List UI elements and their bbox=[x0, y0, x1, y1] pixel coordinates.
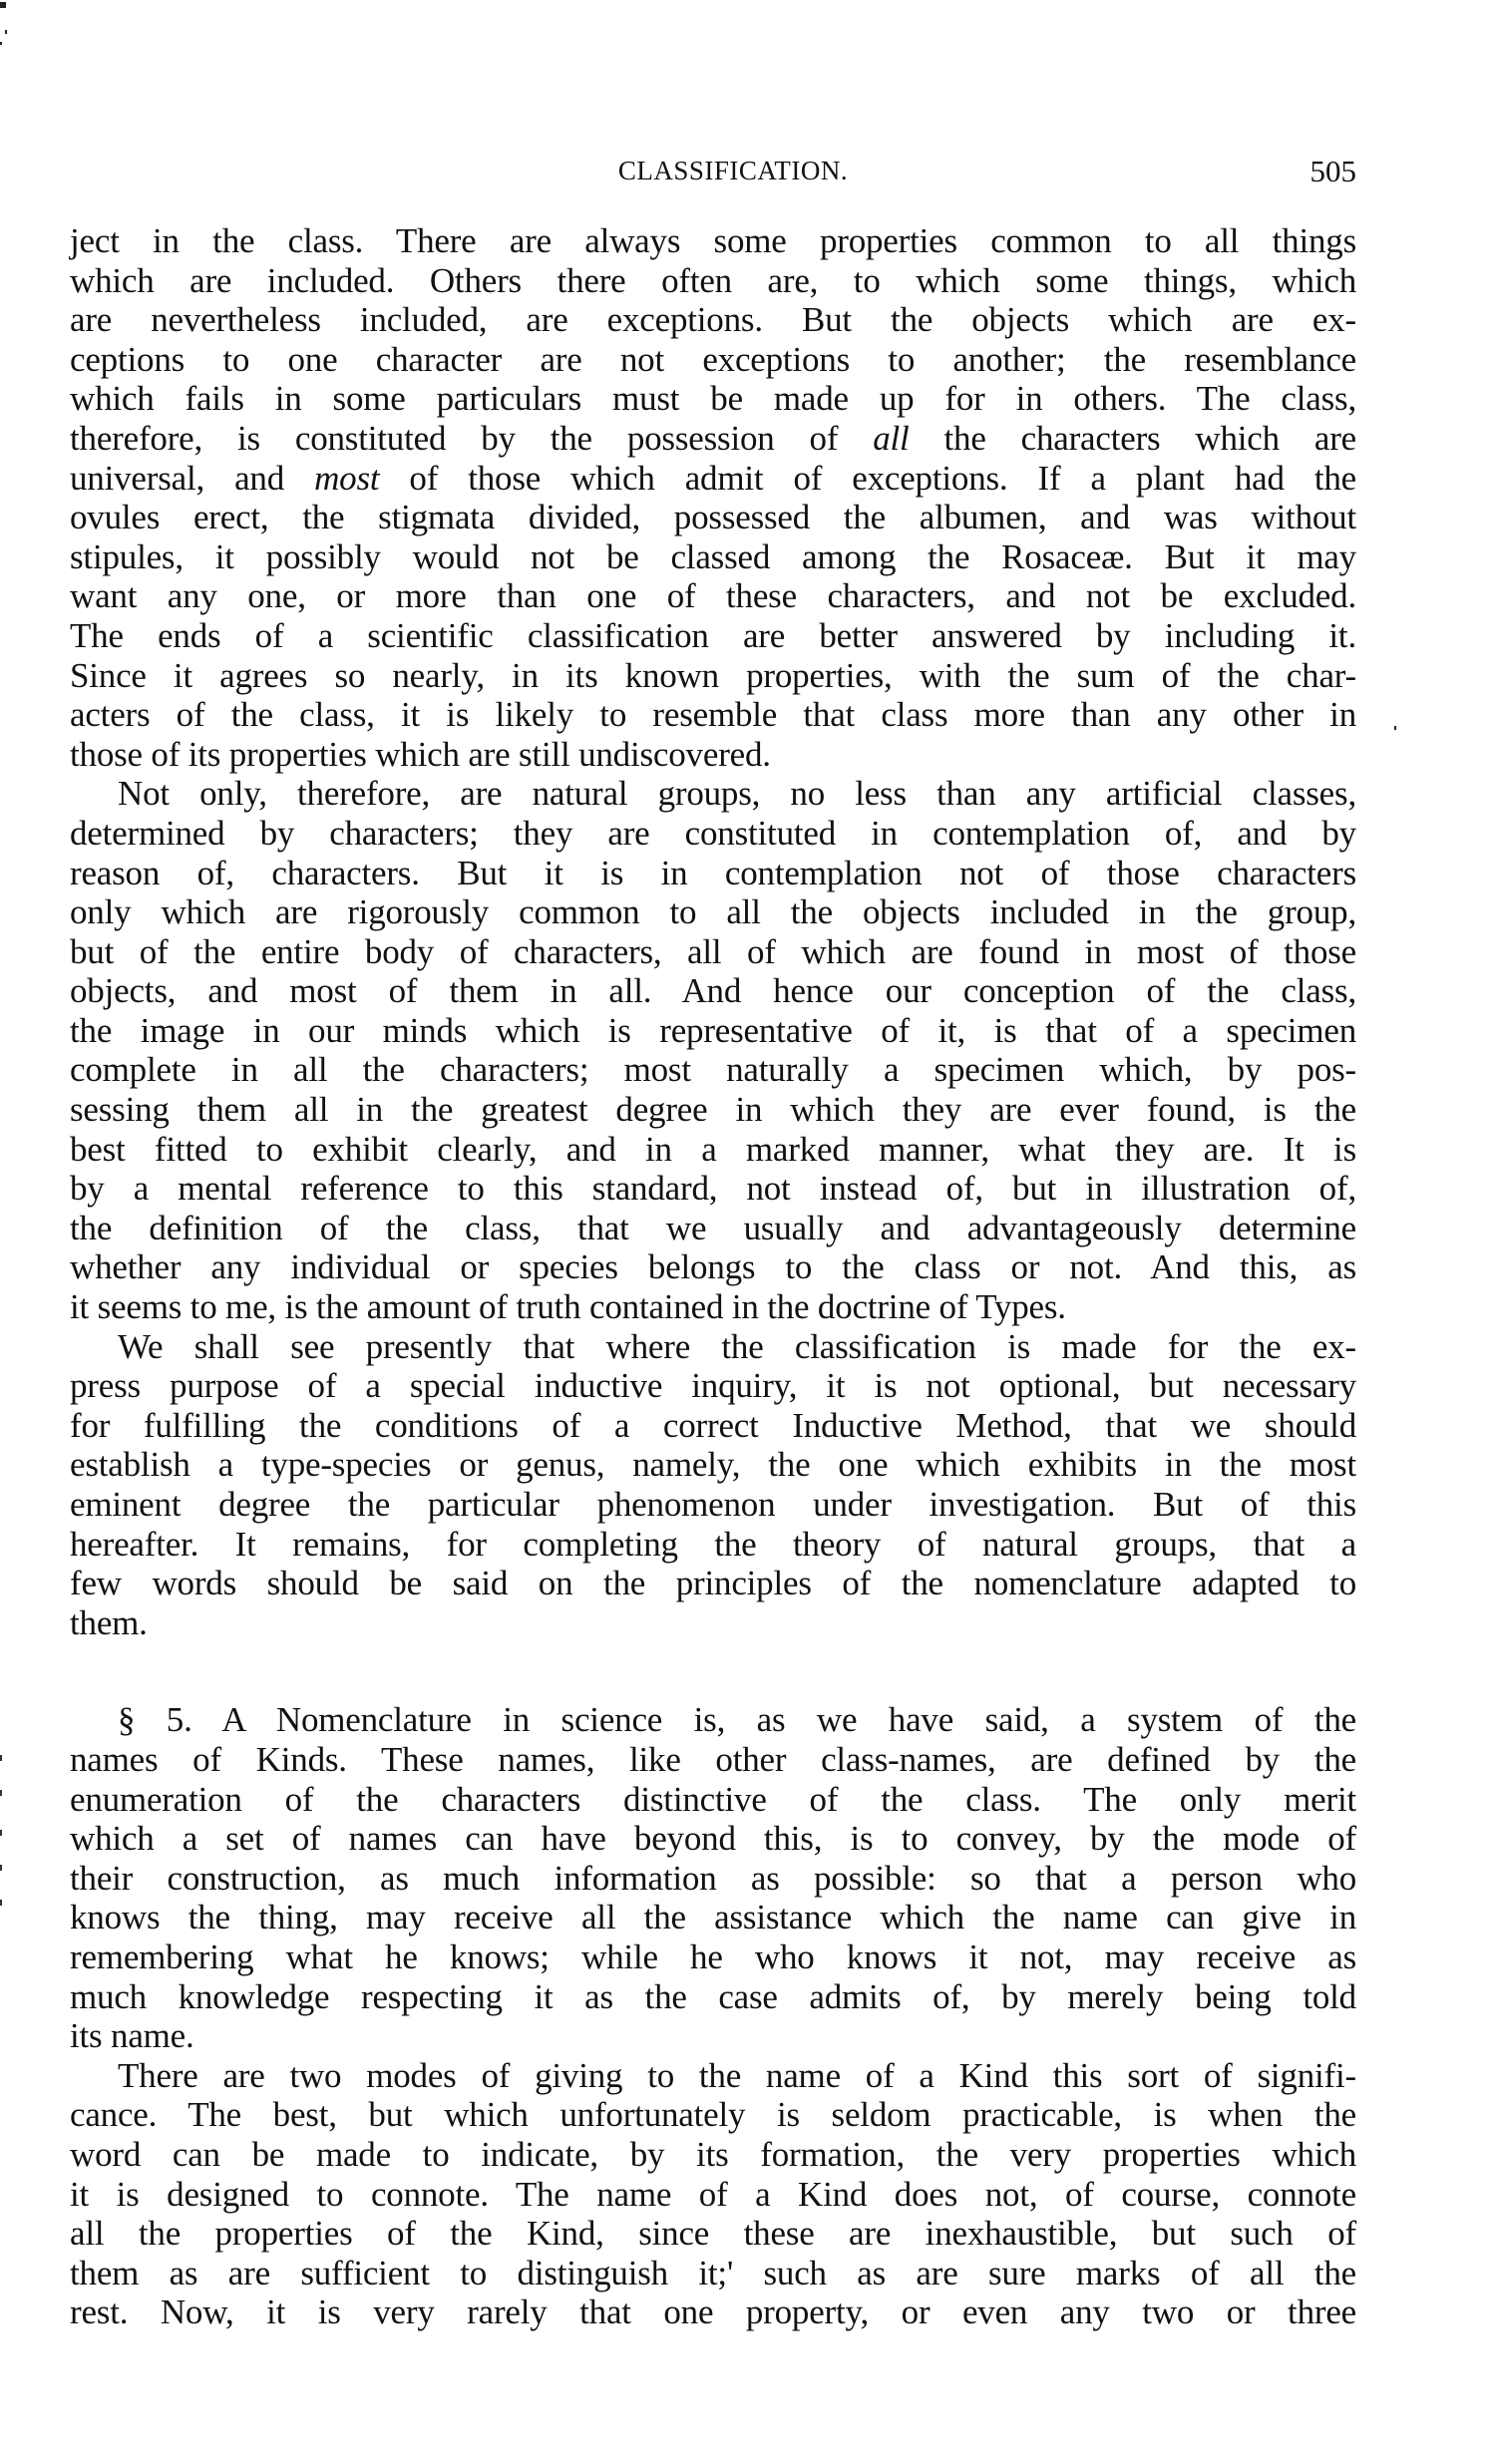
paragraph-list: ject in the class. There are always some… bbox=[70, 221, 1356, 2332]
text-line: Since it agrees so nearly, in its known … bbox=[70, 656, 1356, 696]
text-line: enumeration of the characters distinctiv… bbox=[70, 1780, 1356, 1820]
paragraph: ject in the class. There are always some… bbox=[70, 221, 1356, 774]
page-number: 505 bbox=[1310, 154, 1357, 189]
text-line: determined by characters; they are const… bbox=[70, 814, 1356, 854]
text-line: them. bbox=[70, 1603, 1356, 1643]
paragraph: There are two modes of giving to the nam… bbox=[70, 2056, 1356, 2332]
text-line: reason of, characters. But it is in cont… bbox=[70, 854, 1356, 893]
text-line: the definition of the class, that we usu… bbox=[70, 1209, 1356, 1248]
running-header: CLASSIFICATION. 505 bbox=[70, 150, 1356, 189]
text-line: establish a type-species or genus, namel… bbox=[70, 1445, 1356, 1485]
text-line: for fulfilling the conditions of a corre… bbox=[70, 1406, 1356, 1446]
section-gap bbox=[70, 1642, 1356, 1700]
scan-speck bbox=[5, 30, 7, 34]
emphasis: all bbox=[873, 419, 909, 458]
text-line: it is designed to connote. The name of a… bbox=[70, 2175, 1356, 2215]
text-line: the image in our minds which is represen… bbox=[70, 1011, 1356, 1051]
paragraph: § 5. A Nomenclature in science is, as we… bbox=[70, 1700, 1356, 2055]
text-line: ovules erect, the stigmata divided, poss… bbox=[70, 498, 1356, 537]
text-line: We shall see presently that where the cl… bbox=[70, 1327, 1356, 1367]
text-line: objects, and most of them in all. And he… bbox=[70, 971, 1356, 1011]
text-line: which are included. Others there often a… bbox=[70, 261, 1356, 301]
book-page: CLASSIFICATION. 505 ject in the class. T… bbox=[0, 0, 1490, 2464]
text-line: cance. The best, but which unfortunately… bbox=[70, 2095, 1356, 2135]
text-line: knows the thing, may receive all the ass… bbox=[70, 1898, 1356, 1937]
text-line: best fitted to exhibit clearly, and in a… bbox=[70, 1130, 1356, 1170]
text-line: but of the entire body of characters, al… bbox=[70, 932, 1356, 972]
text-line: ceptions to one character are not except… bbox=[70, 340, 1356, 380]
scan-speck bbox=[1394, 726, 1396, 730]
text-line: those of its properties which are still … bbox=[70, 735, 1356, 775]
text-line: Not only, therefore, are natural groups,… bbox=[70, 774, 1356, 814]
text-line: There are two modes of giving to the nam… bbox=[70, 2056, 1356, 2096]
text-line: their construction, as much information … bbox=[70, 1859, 1356, 1899]
text-line: complete in all the characters; most nat… bbox=[70, 1050, 1356, 1090]
text-line: The ends of a scientific classification … bbox=[70, 616, 1356, 656]
text-line: want any one, or more than one of these … bbox=[70, 576, 1356, 616]
text-line: therefore, is constituted by the possess… bbox=[70, 419, 1356, 459]
text-line: ject in the class. There are always some… bbox=[70, 221, 1356, 261]
text-line: eminent degree the particular phenomenon… bbox=[70, 1485, 1356, 1525]
text-line: it seems to me, is the amount of truth c… bbox=[70, 1287, 1356, 1327]
text-line: only which are rigorously common to all … bbox=[70, 892, 1356, 932]
scan-speck bbox=[0, 42, 2, 45]
margin-scan-marks bbox=[0, 1745, 4, 1905]
text-line: sessing them all in the greatest degree … bbox=[70, 1090, 1356, 1130]
scan-speck bbox=[0, 2, 6, 8]
running-title: CLASSIFICATION. bbox=[70, 156, 1356, 186]
text-line: are nevertheless included, are exception… bbox=[70, 300, 1356, 340]
paragraph: Not only, therefore, are natural groups,… bbox=[70, 774, 1356, 1326]
text-line: which fails in some particulars must be … bbox=[70, 379, 1356, 419]
text-line: them as are sufficient to distinguish it… bbox=[70, 2254, 1356, 2293]
text-line: its name. bbox=[70, 2016, 1356, 2056]
text-line: press purpose of a special inductive inq… bbox=[70, 1366, 1356, 1406]
text-line: universal, and most of those which admit… bbox=[70, 459, 1356, 499]
text-line: much knowledge respecting it as the case… bbox=[70, 1977, 1356, 2017]
text-line: names of Kinds. These names, like other … bbox=[70, 1740, 1356, 1780]
paragraph: We shall see presently that where the cl… bbox=[70, 1327, 1356, 1643]
text-line: whether any individual or species belong… bbox=[70, 1247, 1356, 1287]
text-line: stipules, it possibly would not be class… bbox=[70, 537, 1356, 577]
text-line: § 5. A Nomenclature in science is, as we… bbox=[70, 1700, 1356, 1740]
text-line: hereafter. It remains, for completing th… bbox=[70, 1525, 1356, 1565]
text-line: which a set of names can have beyond thi… bbox=[70, 1819, 1356, 1859]
emphasis: most bbox=[314, 459, 379, 498]
body-text: ject in the class. There are always some… bbox=[70, 221, 1356, 2332]
text-line: all the properties of the Kind, since th… bbox=[70, 2214, 1356, 2254]
text-line: by a mental reference to this standard, … bbox=[70, 1169, 1356, 1209]
text-line: remembering what he knows; while he who … bbox=[70, 1937, 1356, 1977]
text-line: rest. Now, it is very rarely that one pr… bbox=[70, 2292, 1356, 2332]
text-line: word can be made to indicate, by its for… bbox=[70, 2135, 1356, 2175]
text-line: acters of the class, it is likely to res… bbox=[70, 695, 1356, 735]
text-line: few words should be said on the principl… bbox=[70, 1564, 1356, 1603]
